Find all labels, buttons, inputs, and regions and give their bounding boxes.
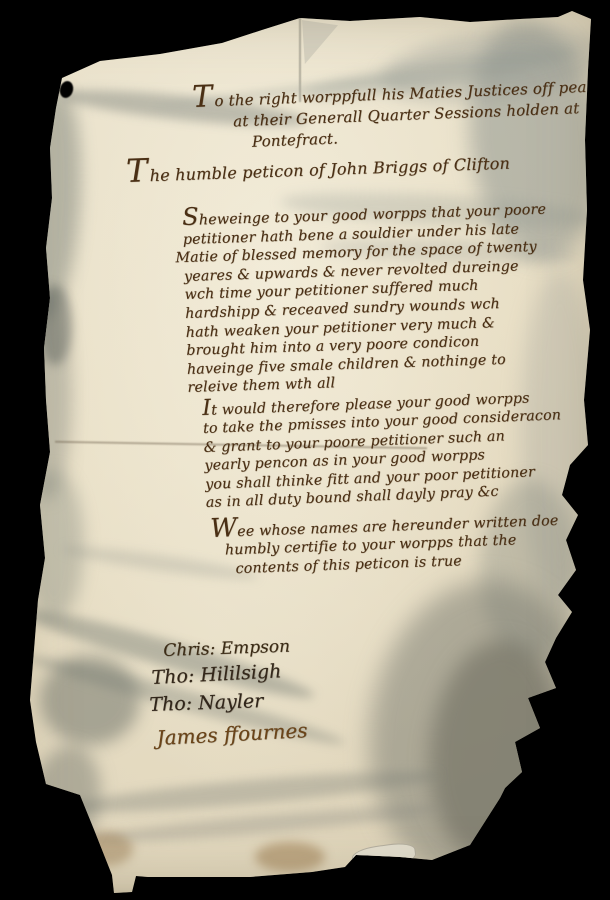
manuscript-paper: To the right worppfull his Maties Justic… <box>0 0 610 900</box>
photo-canvas: To the right worppfull his Maties Justic… <box>0 0 610 900</box>
paper-edge-vignette <box>0 0 610 900</box>
